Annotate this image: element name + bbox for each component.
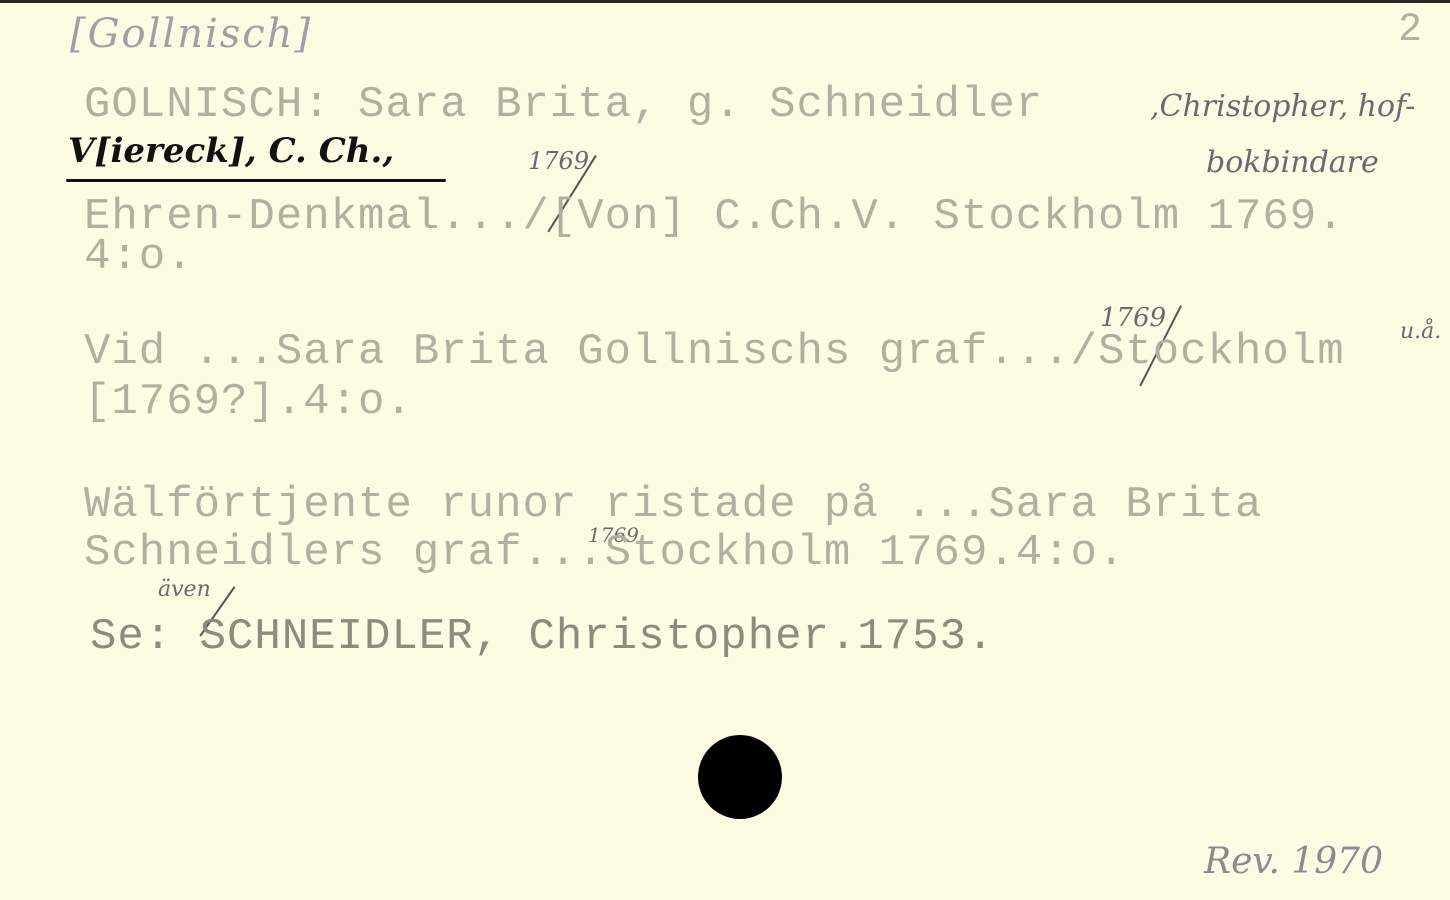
entry-1-date-annotation: 1769 [528,147,589,175]
heading-handwritten: [Gollnisch] [70,11,312,57]
revision-note: Rev. 1970 [1204,841,1383,882]
author-underline [66,179,446,182]
see-also-text: Se: SCHNEIDLER, Christopher.1753. [90,613,994,661]
entry-2-place-annotation: u.å. [1400,319,1441,344]
see-also-annotation: även [158,577,211,602]
punch-hole [698,735,782,819]
main-entry-name: GOLNISCH: Sara Brita, g. Schneidler [84,81,1043,129]
entry-3-line1: Wälförtjente runor ristade på ...Sara Br… [84,481,1262,529]
main-entry-annotation: ,Christopher, hof- [1150,89,1415,124]
entry-1-line1: Ehren-Denkmal.../[Von] C.Ch.V. Stockholm… [84,193,1345,241]
entry-1-line2: 4:o. [84,233,194,281]
author-handwritten: V[iereck], C. Ch., [68,131,394,171]
page-number: 2 [1398,7,1423,55]
entry-2-line2: [1769?].4:o. [84,378,413,426]
catalog-card: [Gollnisch] 2 GOLNISCH: Sara Brita, g. S… [0,0,1450,900]
entry-3-line2: Schneidlers graf...Stockholm 1769.4:o. [84,529,1125,577]
entry-2-line1: Vid ...Sara Brita Gollnischs graf.../Sto… [84,328,1345,376]
main-entry-annotation-line2: bokbindare [1206,145,1379,180]
